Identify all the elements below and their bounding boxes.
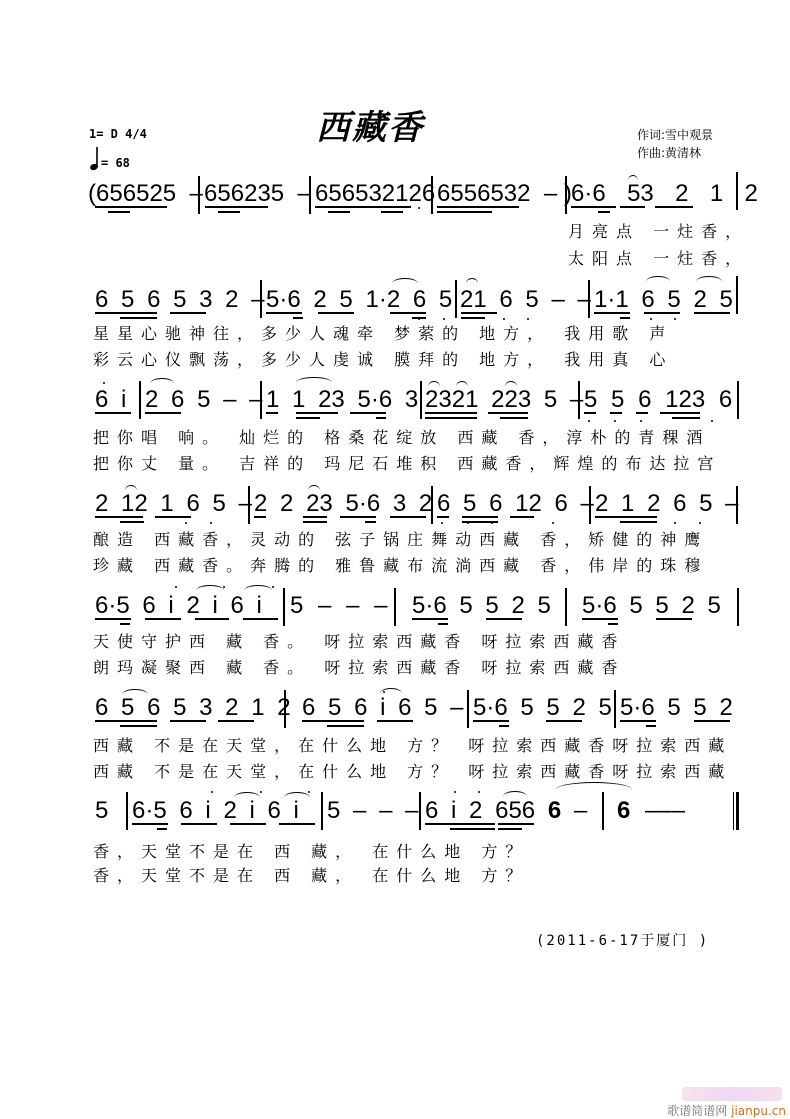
- lyrics-verse-2: 珍藏 西藏香。奔腾的 雅鲁藏布流淌西藏 香，伟岸的珠穆: [93, 556, 708, 576]
- barline: [284, 690, 286, 728]
- underline: [450, 828, 495, 830]
- quarter-note-icon: [89, 146, 99, 172]
- slur: [234, 792, 260, 803]
- underline: [488, 412, 528, 414]
- underline: [595, 516, 657, 518]
- notation-line: 5·6 5 5 2 5: [582, 592, 721, 620]
- underline: [377, 720, 413, 722]
- slur: [505, 381, 517, 392]
- lyricist-credit: 作词:雪中观景: [637, 127, 713, 143]
- lyrics-verse-2: 太阳点 一炷香，: [568, 249, 749, 269]
- underline: [95, 618, 131, 620]
- underline: [660, 412, 700, 414]
- lyrics-verse-1: 香，天堂不是在 西 藏， 在什么地 方？: [93, 842, 529, 862]
- underline: [461, 317, 485, 319]
- underline: [500, 417, 528, 419]
- low-octave-dot: [588, 420, 590, 422]
- underline: [95, 312, 157, 314]
- underline: [546, 720, 582, 722]
- underline: [95, 516, 143, 518]
- barline: [394, 588, 396, 626]
- underline: [315, 206, 411, 208]
- high-octave-dot: [223, 586, 225, 588]
- notation-line: 6556532 – ): [437, 180, 572, 208]
- barline: [420, 381, 422, 419]
- underline: [279, 823, 315, 825]
- slur: [392, 278, 418, 289]
- underline: [120, 521, 144, 523]
- slur: [244, 585, 272, 596]
- underline: [328, 211, 350, 213]
- barline: [737, 588, 739, 626]
- low-octave-dot: [650, 318, 652, 320]
- slur: [428, 381, 440, 392]
- underline: [266, 412, 278, 414]
- underline: [390, 516, 426, 518]
- barline: [736, 486, 738, 524]
- underline: [293, 317, 303, 319]
- notation-line: 6·5 6 i 2 i 6 i: [95, 592, 262, 620]
- underline: [462, 516, 498, 518]
- high-octave-dot: [308, 791, 310, 793]
- low-octave-dot: [210, 522, 212, 524]
- barline: [198, 176, 200, 214]
- low-octave-dot: [699, 522, 701, 524]
- low-octave-dot: [418, 318, 420, 320]
- high-octave-dot: [211, 791, 213, 793]
- lyrics-verse-2: 把你丈 量。 吉祥的 玛尼石堆积 西藏香，辉煌的布达拉宫: [93, 454, 721, 474]
- barline: [467, 690, 469, 728]
- composer-credit: 作曲:黄清林: [637, 145, 701, 161]
- notation-line: 2 6 5 – –: [145, 386, 262, 414]
- underline: [218, 211, 240, 213]
- underline: [302, 720, 364, 722]
- notation-line: 6·5 6 i 2 i 6 i: [132, 797, 299, 825]
- underline: [584, 412, 596, 414]
- notation-line: 2 1 2 6 5 –: [595, 490, 739, 518]
- underline: [266, 312, 302, 314]
- underline: [646, 725, 656, 727]
- underline: [694, 312, 730, 314]
- underline: [350, 412, 386, 414]
- notation-line: 5·6 5 5 2 5: [473, 694, 612, 722]
- notation-line: 6 i: [95, 386, 126, 414]
- barline: [283, 588, 285, 626]
- notation-line: (656525 –: [88, 180, 203, 208]
- notation-line: 5 – – –: [290, 592, 387, 620]
- notation-line: 5 5 6 123 6: [584, 386, 732, 414]
- underline: [498, 823, 534, 825]
- underline: [381, 211, 403, 213]
- barline: [588, 280, 590, 318]
- barline: [309, 176, 311, 214]
- underline: [390, 312, 426, 314]
- watermark-text: 歌谱简谱网 jianpu.cn: [667, 1102, 786, 1119]
- underline: [145, 412, 181, 414]
- underline: [644, 312, 680, 314]
- composition-date-place: (2011-6-17于厦门 ): [536, 930, 709, 950]
- underline: [437, 206, 519, 208]
- slur: [296, 377, 332, 388]
- slur: [284, 792, 310, 803]
- underline: [195, 618, 229, 620]
- notation-line: 1 1 23 5·6 3: [266, 386, 418, 414]
- underline: [620, 720, 656, 722]
- underline: [108, 211, 130, 213]
- underline: [672, 417, 700, 419]
- underline: [120, 317, 157, 319]
- final-barline: [733, 792, 739, 830]
- underline: [598, 211, 610, 213]
- underline: [498, 828, 522, 830]
- notation-line: 5: [95, 797, 108, 825]
- notation-line: 656532126: [315, 180, 435, 208]
- underline: [254, 516, 266, 518]
- notation-line: 5 – – –: [327, 797, 418, 825]
- barline: [139, 381, 141, 419]
- high-octave-dot: [454, 791, 456, 793]
- underline: [499, 725, 509, 727]
- low-octave-dot: [418, 207, 420, 209]
- underline: [461, 312, 497, 314]
- underline: [437, 211, 492, 213]
- tempo-marking: = 68: [101, 156, 130, 170]
- notation-line: 2 12 1 6 5 –: [95, 490, 252, 518]
- underline: [608, 623, 618, 625]
- underline: [486, 618, 522, 620]
- barline: [736, 276, 738, 314]
- slur: [696, 276, 722, 287]
- underline: [230, 823, 266, 825]
- underline: [205, 206, 268, 208]
- notation-line: 656235 –: [204, 180, 311, 208]
- underline: [425, 412, 477, 414]
- low-octave-dot: [711, 420, 713, 422]
- slur: [628, 175, 638, 186]
- notation-line: 6 5 6 5 3 2 –: [95, 286, 265, 314]
- underline: [120, 725, 157, 727]
- high-octave-dot: [272, 586, 274, 588]
- underline: [120, 623, 130, 625]
- underline: [437, 516, 449, 518]
- notation-line: 2 2 23 5·6 3 2: [254, 490, 432, 518]
- underline: [296, 412, 338, 414]
- underline: [95, 412, 131, 414]
- notation-line: 6·6 53 2 1 2: [571, 180, 758, 208]
- underline: [425, 417, 477, 419]
- slur: [380, 688, 402, 699]
- notation-line: 21 6 5 – –: [460, 286, 591, 314]
- barline: [455, 280, 457, 318]
- underline: [296, 417, 320, 419]
- underline: [655, 206, 693, 208]
- lyrics-verse-1: 酿造 西藏香，灵动的 弦子锅庄舞动西藏 香，矫健的神鹰: [93, 530, 708, 550]
- watermark: 歌谱简谱网 jianpu.cn: [640, 1085, 790, 1119]
- lyrics-verse-1: 西藏 不是在天堂，在什么地 方？ 呀拉索西藏香呀拉索西藏: [93, 736, 732, 756]
- underline: [95, 720, 157, 722]
- underline: [365, 521, 376, 523]
- notation-line: 5·6 5 5 2: [620, 694, 733, 722]
- underline: [303, 516, 327, 518]
- key-time-signature: 1= D 4/4: [89, 127, 147, 141]
- lyrics-verse-1: 星星心驰神往，多少人魂牵 梦萦的 地方， 我用歌 声: [93, 324, 673, 344]
- barline: [565, 176, 567, 214]
- slur: [646, 276, 670, 287]
- low-octave-dot: [614, 420, 616, 422]
- notation-line: 6 –––: [617, 797, 685, 825]
- underline: [218, 720, 254, 722]
- notation-line: 1·1 6 5 2 5: [594, 286, 733, 314]
- low-octave-dot: [527, 318, 529, 320]
- underline: [376, 417, 386, 419]
- barline: [431, 176, 433, 214]
- slur: [503, 791, 527, 802]
- barline: [248, 486, 250, 524]
- underline: [425, 823, 495, 825]
- barline: [260, 381, 262, 419]
- high-octave-dot: [478, 791, 480, 793]
- slur: [196, 585, 224, 596]
- notation-line: 5·6 2 5 1·2 6 5: [266, 286, 452, 314]
- notation-line: 5·6 5 5 2 5: [412, 592, 551, 620]
- underline: [620, 317, 630, 319]
- underline: [694, 720, 730, 722]
- underline: [656, 618, 692, 620]
- barline: [419, 792, 421, 830]
- barline: [126, 792, 128, 830]
- underline: [170, 720, 206, 722]
- underline: [132, 823, 168, 825]
- low-octave-dot: [674, 318, 676, 320]
- tie: [556, 782, 632, 797]
- barline: [431, 486, 433, 524]
- underline: [155, 516, 191, 518]
- barline: [602, 792, 604, 830]
- high-octave-dot: [383, 691, 385, 693]
- barline: [260, 280, 262, 318]
- song-title: 西藏香: [316, 100, 424, 149]
- underline: [157, 828, 167, 830]
- underline: [243, 618, 278, 620]
- lyrics-verse-1: 把你唱 响。 灿烂的 格桑花绽放 西藏 香，淳朴的青稞酒: [93, 428, 710, 448]
- underline: [145, 618, 181, 620]
- high-octave-dot: [175, 586, 177, 588]
- barline: [565, 588, 567, 626]
- barline: [737, 381, 739, 419]
- barline: [736, 172, 738, 210]
- underline: [438, 623, 448, 625]
- low-octave-dot: [185, 522, 187, 524]
- low-octave-dot: [640, 420, 642, 422]
- lyrics-verse-2: 西藏 不是在天堂，在什么地 方？ 呀拉索西藏香呀拉索西藏: [93, 762, 732, 782]
- underline: [303, 521, 327, 523]
- high-octave-dot: [103, 382, 105, 384]
- underline: [636, 412, 648, 414]
- barline: [589, 486, 591, 524]
- underline: [582, 618, 618, 620]
- underline: [571, 206, 616, 208]
- low-octave-dot: [552, 522, 554, 524]
- barline: [321, 792, 323, 830]
- underline: [620, 521, 657, 523]
- underline: [473, 720, 509, 722]
- barline: [614, 690, 616, 728]
- underline: [412, 618, 448, 620]
- low-octave-dot: [441, 522, 443, 524]
- lyrics-verse-2: 朗玛凝聚西 藏 香。 呀拉索西藏香 呀拉索西藏香: [93, 658, 625, 678]
- lyrics-verse-2: 彩云心仪飘荡，多少人虔诚 膜拜的 地方， 我用真 心: [93, 350, 673, 370]
- slur: [456, 381, 468, 392]
- underline: [327, 725, 364, 727]
- underline: [620, 206, 645, 208]
- underline: [510, 516, 534, 518]
- underline: [181, 823, 217, 825]
- lyrics-verse-1: 月亮点 一炷香，: [568, 222, 749, 242]
- underline: [95, 206, 167, 208]
- high-octave-dot: [260, 791, 262, 793]
- low-octave-dot: [674, 522, 676, 524]
- watermark-logo-icon: [682, 1087, 782, 1101]
- slur: [308, 485, 320, 496]
- low-octave-dot: [491, 522, 493, 524]
- slur: [150, 378, 174, 389]
- slur: [122, 689, 148, 700]
- low-octave-dot: [443, 318, 445, 320]
- underline: [318, 312, 354, 314]
- lyrics-verse-2: 香，天堂不是在 西 藏， 在什么地 方？: [93, 866, 529, 886]
- lyrics-verse-1: 天使守护西 藏 香。 呀拉索西藏香 呀拉索西藏香: [93, 632, 625, 652]
- low-octave-dot: [503, 318, 505, 320]
- underline: [610, 412, 622, 414]
- slur: [125, 485, 137, 496]
- barline: [578, 381, 580, 419]
- underline: [340, 516, 376, 518]
- underline: [594, 312, 630, 314]
- slur: [466, 278, 478, 289]
- low-octave-dot: [467, 522, 469, 524]
- notation-line: 6 5 6 12 6 –: [437, 490, 594, 518]
- underline: [170, 312, 206, 314]
